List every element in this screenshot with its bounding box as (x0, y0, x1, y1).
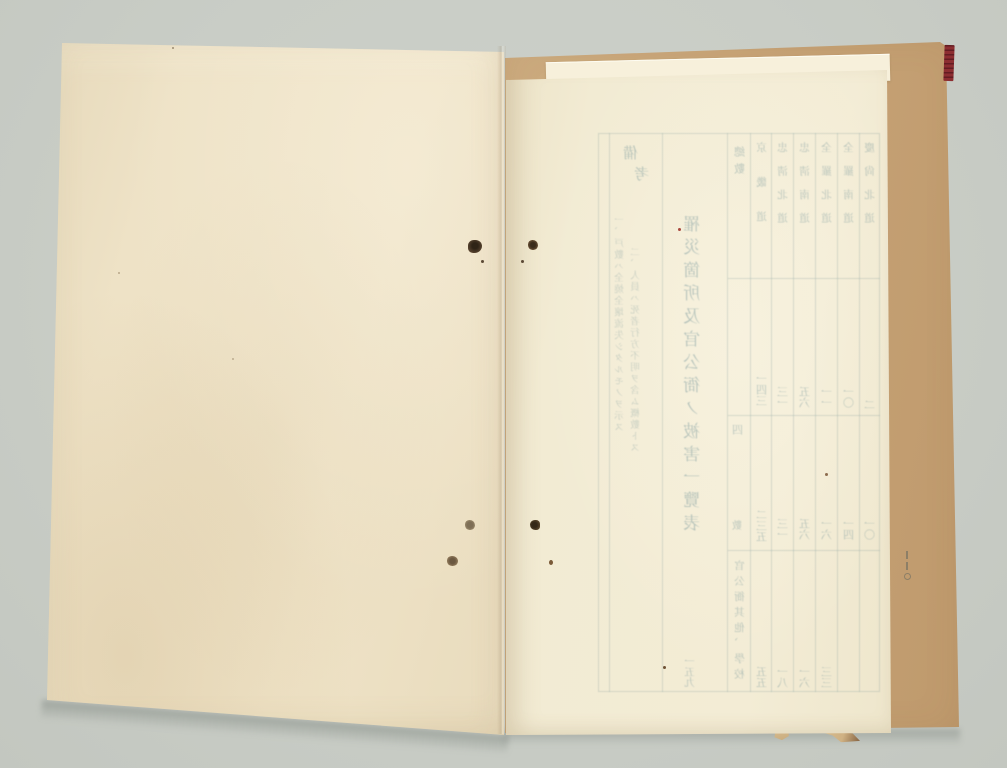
cell-value: 三一 (777, 518, 789, 540)
section-label: 四 (732, 424, 744, 435)
table-column-line (750, 133, 751, 692)
column-header: 全羅北道 (822, 142, 833, 236)
sub-label: 數 (735, 520, 746, 530)
cell-value: 五六 (799, 518, 811, 540)
table-column-line (609, 133, 610, 692)
cell-value: 一四 (843, 518, 855, 540)
wormhole (528, 240, 538, 250)
remarks-header: 備考 (598, 142, 663, 184)
wormhole (465, 520, 475, 530)
column-header: 慶尙北道 (865, 142, 876, 236)
remarks-note: 二、人員ハ死者行方不明ヲ含ム概數トス (632, 247, 642, 507)
table-column-line (793, 133, 794, 692)
table-row-line (728, 278, 880, 279)
total-value: 一五九 (685, 656, 696, 688)
column-header: 全羅南道 (844, 142, 855, 236)
cell-value: 一〇 (843, 386, 855, 408)
left-page (40, 40, 510, 740)
table-row-line (728, 415, 880, 416)
paper-speck (663, 666, 666, 669)
cell-value: 一四三 (756, 373, 768, 406)
cell-value: 一〇 (864, 518, 876, 540)
paper-speck (172, 47, 174, 49)
paper-speck (118, 272, 120, 274)
paper-speck (825, 473, 828, 476)
paper-speck (481, 260, 484, 263)
remarks-note: 一、戸數ハ全燒全壞流失シタルモノヲ示ス (616, 215, 626, 505)
table-column-line (727, 133, 728, 692)
wormhole (447, 556, 458, 566)
cell-value: 一一 (821, 386, 833, 408)
book-gutter (497, 46, 506, 734)
cell-value: 三三 (821, 666, 833, 688)
table-row-line (728, 550, 880, 551)
paper-speck (232, 358, 234, 360)
page-number: 一一〇 (900, 551, 914, 583)
spine-binding-cloth (943, 45, 954, 81)
page-number-glyph (906, 562, 908, 570)
table-column-line (771, 133, 772, 692)
paper-speck (549, 560, 553, 565)
table-column-line (837, 133, 838, 692)
row-group-label: 官公衙其他、學校 (735, 560, 746, 692)
column-header: 忠淸北道 (778, 142, 789, 236)
cell-value: 二 (864, 399, 876, 410)
paper-speck (521, 260, 524, 263)
right-page: 備考 一、戸數ハ全燒全壞流失シタルモノヲ示ス 二、人員ハ死者行方不明ヲ含ム概數ト… (506, 62, 892, 737)
table-column-line (662, 133, 663, 692)
cell-value: 一八 (777, 666, 789, 688)
cell-value: 一六 (821, 518, 833, 540)
table-column-line (815, 133, 816, 692)
column-header: 京畿道 (757, 142, 768, 246)
paper-speck (678, 228, 681, 231)
table-title: 罹災箇所及官公衙ノ被害一覽表 (686, 215, 704, 555)
showthrough-table: 備考 一、戸數ハ全燒全壞流失シタルモノヲ示ス 二、人員ハ死者行方不明ヲ含ム概數ト… (506, 62, 892, 737)
wormhole (530, 520, 540, 530)
count-header: 總數 (734, 146, 746, 180)
cell-value: 二三五 (756, 509, 768, 542)
page-number-glyph (906, 551, 908, 559)
column-header: 忠淸南道 (800, 142, 811, 236)
page-number-glyph (904, 573, 911, 580)
cell-value: 五六 (799, 386, 811, 408)
cell-value: 五五 (756, 666, 768, 688)
cell-value: 三一 (777, 386, 789, 408)
cell-value: 一六 (799, 666, 811, 688)
table-column-line (859, 133, 860, 692)
photo-backdrop: 一一〇 備考 一、戸數ハ全燒全壞流失シタルモノヲ示ス 二、人員ハ死者行方不明ヲ含… (0, 0, 1007, 768)
